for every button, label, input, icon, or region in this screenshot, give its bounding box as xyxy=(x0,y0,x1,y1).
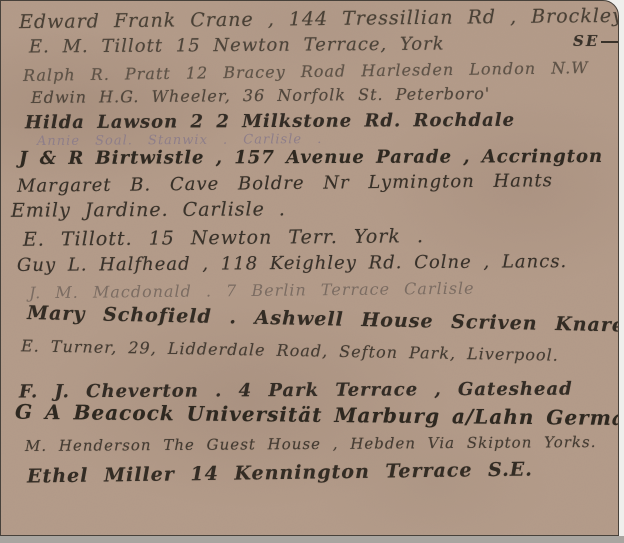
entry-line-1: Edward Frank Crane , 144 Tressillian Rd … xyxy=(19,5,619,33)
entry-line-9: Emily Jardine. Carlisle . xyxy=(11,198,286,221)
entry-line-4: Edwin H.G. Wheeler, 36 Norfolk St. Peter… xyxy=(31,84,490,107)
entry-line-18: Ethel Miller 14 Kennington Terrace S.E. xyxy=(27,458,533,487)
entry-line-16: G A Beacock Universität Marburg a/Lahn G… xyxy=(15,400,619,431)
entry-line-13: Mary Schofield . Ashwell House Scriven K… xyxy=(27,302,619,338)
entry-line-8: Margaret B. Cave Boldre Nr Lymington Han… xyxy=(17,170,553,197)
entry-line-12-faint: J. M. Macdonald . 7 Berlin Terrace Carli… xyxy=(29,279,475,303)
entry-line-7: J & R Birtwistle , 157 Avenue Parade , A… xyxy=(19,146,603,169)
entry-line-11: Guy L. Halfhead , 118 Keighley Rd. Colne… xyxy=(17,251,567,276)
scanned-document: Edward Frank Crane , 144 Tressillian Rd … xyxy=(0,0,624,543)
entry-line-15: F. J. Cheverton . 4 Park Terrace , Gates… xyxy=(19,379,573,403)
entry-line-2: E. M. Tillott 15 Newton Terrace, York xyxy=(29,34,445,58)
postal-district-text: SE xyxy=(573,32,599,50)
entry-line-5: Hilda Lawson 2 2 Milkstone Rd. Rochdale xyxy=(25,110,515,134)
entry-line-3: Ralph R. Pratt 12 Bracey Road Harlesden … xyxy=(23,58,589,85)
postal-district-note: SE xyxy=(573,32,619,50)
entry-line-14: E. Turner, 29, Lidderdale Road, Sefton P… xyxy=(21,336,559,364)
entry-line-17: M. Henderson The Guest House , Hebden Vi… xyxy=(25,433,597,455)
aged-paper-page: Edward Frank Crane , 144 Tressillian Rd … xyxy=(0,0,619,536)
entry-line-10: E. Tillott. 15 Newton Terr. York . xyxy=(23,225,424,250)
scan-bottom-shadow xyxy=(0,536,624,543)
pen-stroke-tail xyxy=(601,41,619,43)
